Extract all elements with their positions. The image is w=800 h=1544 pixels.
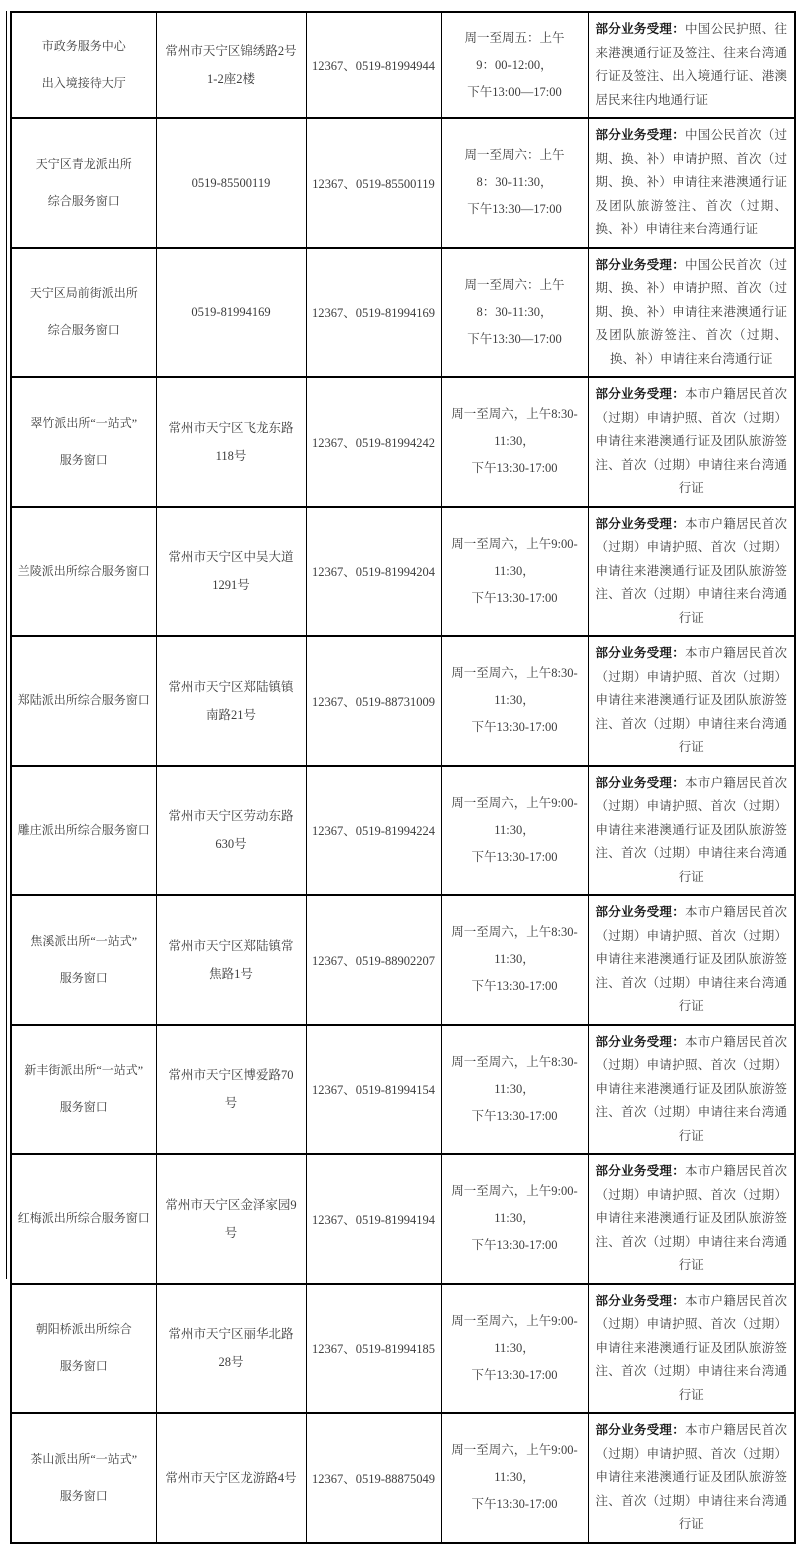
- services-text: 中国公民首次（过期、换、补）申请护照、首次（过期、换、补）申请往来港澳通行证及团…: [596, 128, 788, 236]
- hours-line: 下午13:30—17:00: [445, 196, 585, 223]
- cell-address: 0519-85500119: [156, 118, 306, 248]
- hours-line: 下午13:30-17:00: [445, 844, 585, 871]
- services-text: 本市户籍居民首次（过期）申请护照、首次（过期）申请往来港澳通行证及团队旅游签注、…: [596, 1164, 788, 1272]
- cell-hours: 周一至周六，上午9:00-11:30，下午13:30-17:00: [441, 766, 588, 896]
- service-windows-table-wrap: 市政务服务中心出入境接待大厅 常州市天宁区锦绣路2号1-2座2楼 12367、0…: [10, 11, 796, 1544]
- cell-services: 部分业务受理：中国公民首次（过期、换、补）申请护照、首次（过期、换、补）申请往来…: [588, 248, 795, 378]
- hours-line: 周一至周六，上午8:30-: [445, 1049, 585, 1076]
- table-row: 红梅派出所综合服务窗口 常州市天宁区金泽家园9号 12367、0519-8199…: [11, 1154, 795, 1284]
- hours-line: 下午13:00—17:00: [445, 79, 585, 106]
- services-label: 部分业务受理：: [596, 22, 686, 36]
- services-text: 本市户籍居民首次（过期）申请护照、首次（过期）申请往来港澳通行证及团队旅游签注、…: [596, 1423, 788, 1531]
- cell-services: 部分业务受理：本市户籍居民首次（过期）申请护照、首次（过期）申请往来港澳通行证及…: [588, 766, 795, 896]
- cell-services: 部分业务受理：本市户籍居民首次（过期）申请护照、首次（过期）申请往来港澳通行证及…: [588, 636, 795, 766]
- cell-phone: 12367、0519-88731009: [306, 636, 441, 766]
- window-name-line: 新丰街派出所“一站式”: [15, 1052, 153, 1089]
- services-text: 中国公民首次（过期、换、补）申请护照、首次（过期、换、补）申请往来港澳通行证及团…: [596, 258, 788, 366]
- window-name-line: 出入境接待大厅: [15, 65, 153, 102]
- services-text: 本市户籍居民首次（过期）申请护照、首次（过期）申请往来港澳通行证及团队旅游签注、…: [596, 517, 788, 625]
- cell-services: 部分业务受理：本市户籍居民首次（过期）申请护照、首次（过期）申请往来港澳通行证及…: [588, 377, 795, 507]
- table-row: 茶山派出所“一站式”服务窗口 常州市天宁区龙游路4号 12367、0519-88…: [11, 1413, 795, 1543]
- window-name-line: 天宁区青龙派出所: [15, 146, 153, 183]
- services-label: 部分业务受理：: [596, 646, 686, 660]
- cell-services: 部分业务受理：本市户籍居民首次（过期）申请护照、首次（过期）申请往来港澳通行证及…: [588, 1025, 795, 1155]
- hours-line: 周一至周六，上午9:00-: [445, 1437, 585, 1464]
- hours-line: 周一至周六：上午: [445, 142, 585, 169]
- hours-line: 11:30，: [445, 1205, 585, 1232]
- cell-phone: 12367、0519-81994154: [306, 1025, 441, 1155]
- cell-hours: 周一至周六：上午8：30-11:30，下午13:30—17:00: [441, 118, 588, 248]
- services-label: 部分业务受理：: [596, 1164, 686, 1178]
- cell-address: 常州市天宁区龙游路4号: [156, 1413, 306, 1543]
- cell-window-name: 朝阳桥派出所综合服务窗口: [11, 1284, 156, 1414]
- cell-window-name: 翠竹派出所“一站式”服务窗口: [11, 377, 156, 507]
- hours-line: 周一至周六，上午8:30-: [445, 919, 585, 946]
- cell-address: 常州市天宁区锦绣路2号1-2座2楼: [156, 12, 306, 118]
- hours-line: 11:30，: [445, 558, 585, 585]
- window-name-line: 天宁区局前街派出所: [15, 275, 153, 312]
- hours-line: 下午13:30-17:00: [445, 585, 585, 612]
- hours-line: 周一至周六，上午8:30-: [445, 660, 585, 687]
- services-text: 本市户籍居民首次（过期）申请护照、首次（过期）申请往来港澳通行证及团队旅游签注、…: [596, 646, 788, 754]
- hours-line: 9：00-12:00，: [445, 52, 585, 79]
- window-name-line: 郑陆派出所综合服务窗口: [15, 682, 153, 719]
- cell-window-name: 红梅派出所综合服务窗口: [11, 1154, 156, 1284]
- window-name-line: 服务窗口: [15, 960, 153, 997]
- hours-line: 周一至周六，上午8:30-: [445, 401, 585, 428]
- cell-services: 部分业务受理：本市户籍居民首次（过期）申请护照、首次（过期）申请往来港澳通行证及…: [588, 1413, 795, 1543]
- table-row: 焦溪派出所“一站式”服务窗口 常州市天宁区郑陆镇常焦路1号 12367、0519…: [11, 895, 795, 1025]
- window-name-line: 服务窗口: [15, 1089, 153, 1126]
- table-row: 天宁区青龙派出所综合服务窗口 0519-85500119 12367、0519-…: [11, 118, 795, 248]
- window-name-line: 雕庄派出所综合服务窗口: [15, 812, 153, 849]
- table-row: 雕庄派出所综合服务窗口 常州市天宁区劳动东路630号 12367、0519-81…: [11, 766, 795, 896]
- table-row: 天宁区局前街派出所综合服务窗口 0519-81994169 12367、0519…: [11, 248, 795, 378]
- cell-phone: 12367、0519-88875049: [306, 1413, 441, 1543]
- table-row: 郑陆派出所综合服务窗口 常州市天宁区郑陆镇镇南路21号 12367、0519-8…: [11, 636, 795, 766]
- cell-hours: 周一至周六，上午9:00-11:30，下午13:30-17:00: [441, 1413, 588, 1543]
- cell-phone: 12367、0519-81994224: [306, 766, 441, 896]
- cell-address: 常州市天宁区中吴大道1291号: [156, 507, 306, 637]
- window-name-line: 兰陵派出所综合服务窗口: [15, 553, 153, 590]
- window-name-line: 市政务服务中心: [15, 28, 153, 65]
- cell-hours: 周一至周六：上午8：30-11:30，下午13:30—17:00: [441, 248, 588, 378]
- hours-line: 11:30，: [445, 428, 585, 455]
- window-name-line: 翠竹派出所“一站式”: [15, 405, 153, 442]
- cell-window-name: 雕庄派出所综合服务窗口: [11, 766, 156, 896]
- cell-address: 常州市天宁区劳动东路630号: [156, 766, 306, 896]
- cell-window-name: 天宁区局前街派出所综合服务窗口: [11, 248, 156, 378]
- cell-services: 部分业务受理：中国公民护照、往来港澳通行证及签注、往来台湾通行证及签注、出入境通…: [588, 12, 795, 118]
- service-windows-table: 市政务服务中心出入境接待大厅 常州市天宁区锦绣路2号1-2座2楼 12367、0…: [10, 11, 796, 1544]
- cell-hours: 周一至周五：上午9：00-12:00，下午13:00—17:00: [441, 12, 588, 118]
- hours-line: 下午13:30-17:00: [445, 1491, 585, 1518]
- cell-window-name: 焦溪派出所“一站式”服务窗口: [11, 895, 156, 1025]
- hours-line: 下午13:30—17:00: [445, 326, 585, 353]
- hours-line: 下午13:30-17:00: [445, 1232, 585, 1259]
- hours-line: 11:30，: [445, 946, 585, 973]
- cell-phone: 12367、0519-81994185: [306, 1284, 441, 1414]
- cell-phone: 12367、0519-85500119: [306, 118, 441, 248]
- cell-services: 部分业务受理：本市户籍居民首次（过期）申请护照、首次（过期）申请往来港澳通行证及…: [588, 507, 795, 637]
- cell-hours: 周一至周六，上午8:30-11:30，下午13:30-17:00: [441, 1025, 588, 1155]
- hours-line: 11:30，: [445, 817, 585, 844]
- cell-address: 常州市天宁区飞龙东路118号: [156, 377, 306, 507]
- services-text: 本市户籍居民首次（过期）申请护照、首次（过期）申请往来港澳通行证及团队旅游签注、…: [596, 905, 788, 1013]
- services-label: 部分业务受理：: [596, 1423, 686, 1437]
- services-label: 部分业务受理：: [596, 517, 686, 531]
- hours-line: 8：30-11:30，: [445, 299, 585, 326]
- cell-services: 部分业务受理：本市户籍居民首次（过期）申请护照、首次（过期）申请往来港澳通行证及…: [588, 895, 795, 1025]
- hours-line: 周一至周五：上午: [445, 25, 585, 52]
- hours-line: 下午13:30-17:00: [445, 714, 585, 741]
- cell-phone: 12367、0519-81994169: [306, 248, 441, 378]
- window-name-line: 茶山派出所“一站式”: [15, 1441, 153, 1478]
- cropped-column-border: [6, 11, 7, 1279]
- hours-line: 下午13:30-17:00: [445, 973, 585, 1000]
- cell-phone: 12367、0519-81994944: [306, 12, 441, 118]
- services-text: 本市户籍居民首次（过期）申请护照、首次（过期）申请往来港澳通行证及团队旅游签注、…: [596, 387, 788, 495]
- hours-line: 周一至周六，上午9:00-: [445, 790, 585, 817]
- services-label: 部分业务受理：: [596, 1294, 686, 1308]
- cell-address: 常州市天宁区丽华北路28号: [156, 1284, 306, 1414]
- hours-line: 11:30，: [445, 687, 585, 714]
- cell-hours: 周一至周六，上午8:30-11:30，下午13:30-17:00: [441, 636, 588, 766]
- cell-hours: 周一至周六，上午9:00-11:30，下午13:30-17:00: [441, 1154, 588, 1284]
- services-label: 部分业务受理：: [596, 905, 686, 919]
- cell-hours: 周一至周六，上午9:00-11:30，下午13:30-17:00: [441, 507, 588, 637]
- hours-line: 11:30，: [445, 1335, 585, 1362]
- cell-window-name: 郑陆派出所综合服务窗口: [11, 636, 156, 766]
- window-name-line: 综合服务窗口: [15, 183, 153, 220]
- hours-line: 周一至周六，上午9:00-: [445, 1178, 585, 1205]
- services-label: 部分业务受理：: [596, 776, 686, 790]
- services-label: 部分业务受理：: [596, 1035, 686, 1049]
- cell-services: 部分业务受理：中国公民首次（过期、换、补）申请护照、首次（过期、换、补）申请往来…: [588, 118, 795, 248]
- services-text: 本市户籍居民首次（过期）申请护照、首次（过期）申请往来港澳通行证及团队旅游签注、…: [596, 776, 788, 884]
- hours-line: 周一至周六，上午9:00-: [445, 531, 585, 558]
- cell-services: 部分业务受理：本市户籍居民首次（过期）申请护照、首次（过期）申请往来港澳通行证及…: [588, 1284, 795, 1414]
- cell-phone: 12367、0519-81994194: [306, 1154, 441, 1284]
- hours-line: 周一至周六：上午: [445, 272, 585, 299]
- cell-phone: 12367、0519-81994204: [306, 507, 441, 637]
- cell-address: 常州市天宁区郑陆镇镇南路21号: [156, 636, 306, 766]
- cell-phone: 12367、0519-81994242: [306, 377, 441, 507]
- table-row: 朝阳桥派出所综合服务窗口 常州市天宁区丽华北路28号 12367、0519-81…: [11, 1284, 795, 1414]
- table-body: 市政务服务中心出入境接待大厅 常州市天宁区锦绣路2号1-2座2楼 12367、0…: [11, 12, 795, 1543]
- cell-hours: 周一至周六，上午8:30-11:30，下午13:30-17:00: [441, 377, 588, 507]
- cell-address: 常州市天宁区博爱路70号: [156, 1025, 306, 1155]
- cell-window-name: 天宁区青龙派出所综合服务窗口: [11, 118, 156, 248]
- window-name-line: 服务窗口: [15, 1348, 153, 1385]
- hours-line: 下午13:30-17:00: [445, 1103, 585, 1130]
- services-label: 部分业务受理：: [596, 258, 686, 272]
- cell-address: 常州市天宁区金泽家园9号: [156, 1154, 306, 1284]
- table-row: 翠竹派出所“一站式”服务窗口 常州市天宁区飞龙东路118号 12367、0519…: [11, 377, 795, 507]
- window-name-line: 服务窗口: [15, 1478, 153, 1515]
- services-text: 本市户籍居民首次（过期）申请护照、首次（过期）申请往来港澳通行证及团队旅游签注、…: [596, 1294, 788, 1402]
- cell-address: 0519-81994169: [156, 248, 306, 378]
- hours-line: 11:30，: [445, 1464, 585, 1491]
- services-label: 部分业务受理：: [596, 387, 686, 401]
- hours-line: 周一至周六，上午9:00-: [445, 1308, 585, 1335]
- cell-phone: 12367、0519-88902207: [306, 895, 441, 1025]
- window-name-line: 焦溪派出所“一站式”: [15, 923, 153, 960]
- cell-address: 常州市天宁区郑陆镇常焦路1号: [156, 895, 306, 1025]
- window-name-line: 朝阳桥派出所综合: [15, 1311, 153, 1348]
- window-name-line: 红梅派出所综合服务窗口: [15, 1200, 153, 1237]
- cell-window-name: 市政务服务中心出入境接待大厅: [11, 12, 156, 118]
- cell-hours: 周一至周六，上午9:00-11:30，下午13:30-17:00: [441, 1284, 588, 1414]
- cell-window-name: 新丰街派出所“一站式”服务窗口: [11, 1025, 156, 1155]
- cell-window-name: 茶山派出所“一站式”服务窗口: [11, 1413, 156, 1543]
- services-text: 本市户籍居民首次（过期）申请护照、首次（过期）申请往来港澳通行证及团队旅游签注、…: [596, 1035, 788, 1143]
- table-row: 兰陵派出所综合服务窗口 常州市天宁区中吴大道1291号 12367、0519-8…: [11, 507, 795, 637]
- window-name-line: 服务窗口: [15, 442, 153, 479]
- hours-line: 8：30-11:30，: [445, 169, 585, 196]
- cell-services: 部分业务受理：本市户籍居民首次（过期）申请护照、首次（过期）申请往来港澳通行证及…: [588, 1154, 795, 1284]
- services-label: 部分业务受理：: [596, 128, 686, 142]
- hours-line: 11:30，: [445, 1076, 585, 1103]
- cell-window-name: 兰陵派出所综合服务窗口: [11, 507, 156, 637]
- table-row: 市政务服务中心出入境接待大厅 常州市天宁区锦绣路2号1-2座2楼 12367、0…: [11, 12, 795, 118]
- window-name-line: 综合服务窗口: [15, 312, 153, 349]
- hours-line: 下午13:30-17:00: [445, 455, 585, 482]
- table-row: 新丰街派出所“一站式”服务窗口 常州市天宁区博爱路70号 12367、0519-…: [11, 1025, 795, 1155]
- cell-hours: 周一至周六，上午8:30-11:30，下午13:30-17:00: [441, 895, 588, 1025]
- hours-line: 下午13:30-17:00: [445, 1362, 585, 1389]
